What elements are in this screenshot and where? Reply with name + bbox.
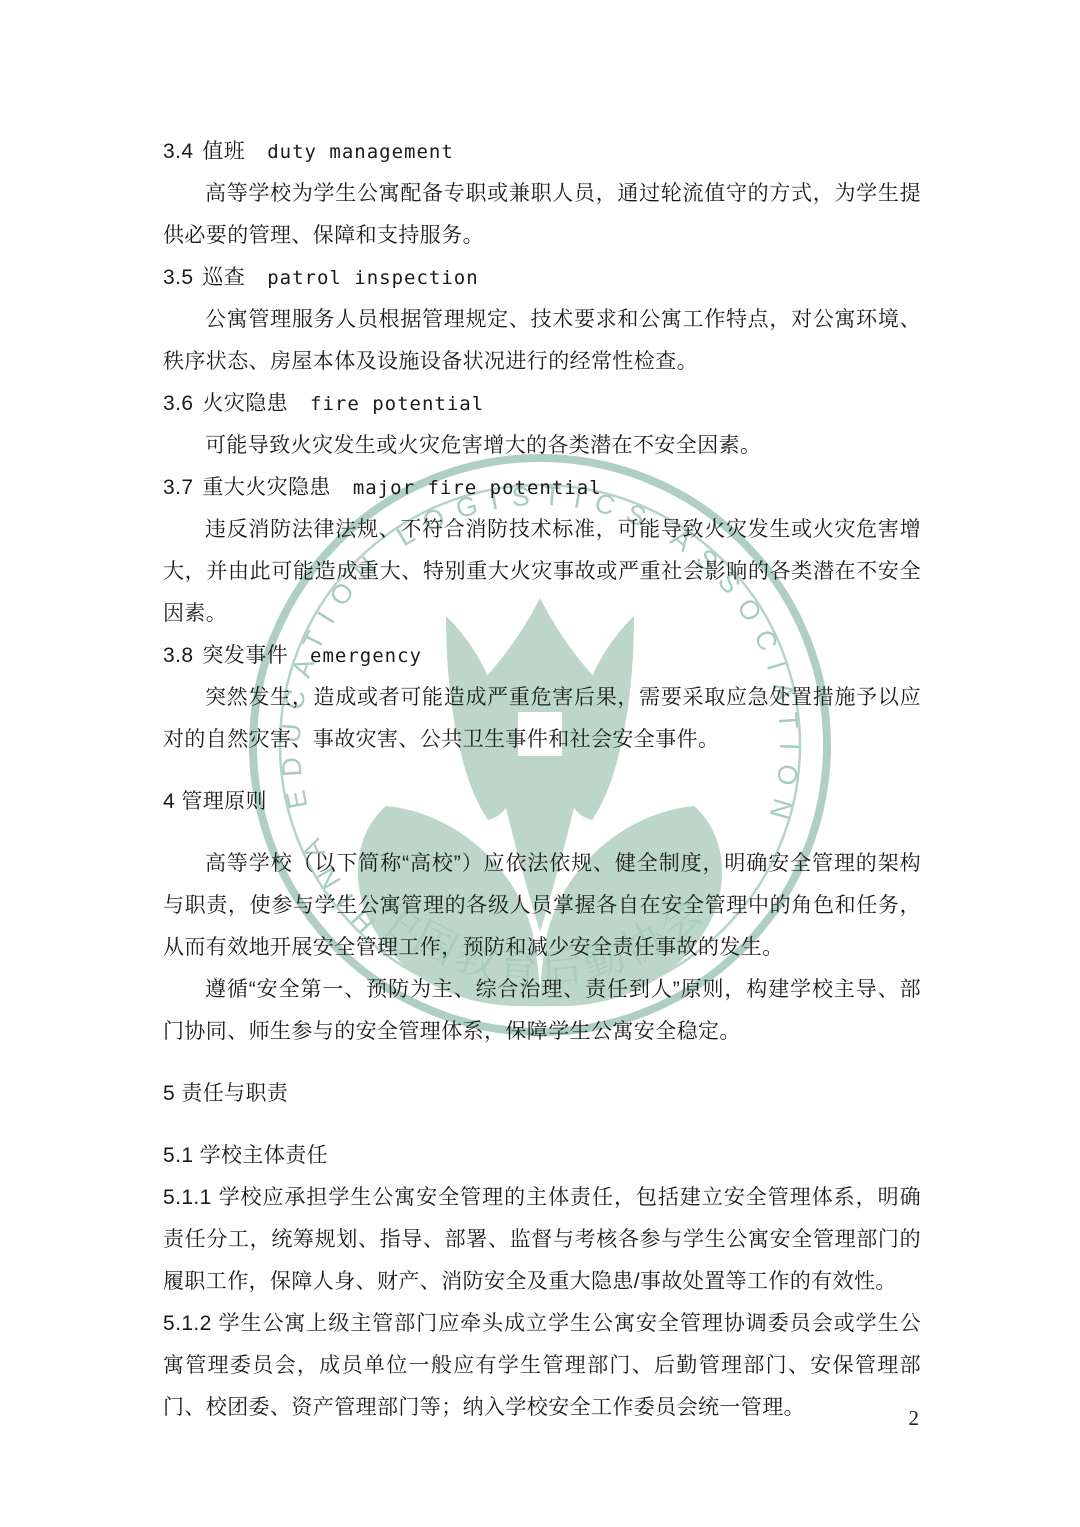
term-en-label: duty management bbox=[267, 141, 454, 163]
para-paragraph: 公寓管理服务人员根据管理规定、技术要求和公寓工作特点，对公寓环境、秩序状态、房屋… bbox=[163, 299, 921, 383]
para-paragraph: 高等学校（以下简称“高校”）应依法依规、健全制度，明确安全管理的架构与职责，使参… bbox=[163, 843, 921, 969]
term-zh-label: 重大火灾隐患 bbox=[202, 476, 330, 499]
para-paragraph: 5.1.2 学生公寓上级主管部门应牵头成立学生公寓安全管理协调委员会或学生公寓管… bbox=[163, 1303, 921, 1429]
term-number: 3.8 bbox=[163, 644, 193, 667]
section-paragraph: 5.1 学校主体责任 bbox=[163, 1135, 921, 1177]
term-number: 3.6 bbox=[163, 392, 193, 415]
chapter-paragraph: 5 责任与职责 bbox=[163, 1073, 921, 1115]
para-paragraph: 5.1.1 学校应承担学生公寓安全管理的主体责任，包括建立安全管理体系，明确责任… bbox=[163, 1177, 921, 1303]
term-en-label: patrol inspection bbox=[267, 267, 478, 289]
para-paragraph: 突然发生，造成或者可能造成严重危害后果，需要采取应急处置措施予以应对的自然灾害、… bbox=[163, 677, 921, 761]
para-paragraph: 违反消防法律法规、不符合消防技术标准，可能导致火灾发生或火灾危害增大，并由此可能… bbox=[163, 509, 921, 635]
term-zh-label: 值班 bbox=[202, 140, 245, 163]
term-heading: 3.5巡查patrol inspection bbox=[163, 257, 921, 299]
term-heading: 3.6火灾隐患fire potential bbox=[163, 383, 921, 425]
page-number: 2 bbox=[909, 1406, 920, 1431]
term-zh-label: 突发事件 bbox=[202, 644, 288, 667]
term-heading: 3.4值班duty management bbox=[163, 131, 921, 173]
term-number: 3.5 bbox=[163, 266, 193, 289]
document-body: 3.4值班duty management高等学校为学生公寓配备专职或兼职人员，通… bbox=[163, 131, 921, 1429]
para-paragraph: 遵循“安全第一、预防为主、综合治理、责任到人”原则，构建学校主导、部门协同、师生… bbox=[163, 969, 921, 1053]
term-heading: 3.7重大火灾隐患major fire potential bbox=[163, 467, 921, 509]
document-page: { "page": { "number": "2" }, "watermark"… bbox=[0, 0, 1080, 1527]
term-heading: 3.8突发事件emergency bbox=[163, 635, 921, 677]
term-en-label: major fire potential bbox=[353, 477, 602, 499]
chapter-paragraph: 4 管理原则 bbox=[163, 781, 921, 823]
term-zh-label: 巡查 bbox=[202, 266, 245, 289]
term-number: 3.4 bbox=[163, 140, 193, 163]
para-paragraph: 可能导致火灾发生或火灾危害增大的各类潜在不安全因素。 bbox=[163, 425, 921, 467]
term-number: 3.7 bbox=[163, 476, 193, 499]
para-paragraph: 高等学校为学生公寓配备专职或兼职人员，通过轮流值守的方式，为学生提供必要的管理、… bbox=[163, 173, 921, 257]
term-zh-label: 火灾隐患 bbox=[202, 392, 288, 415]
term-en-label: fire potential bbox=[310, 393, 484, 415]
term-en-label: emergency bbox=[310, 645, 422, 667]
